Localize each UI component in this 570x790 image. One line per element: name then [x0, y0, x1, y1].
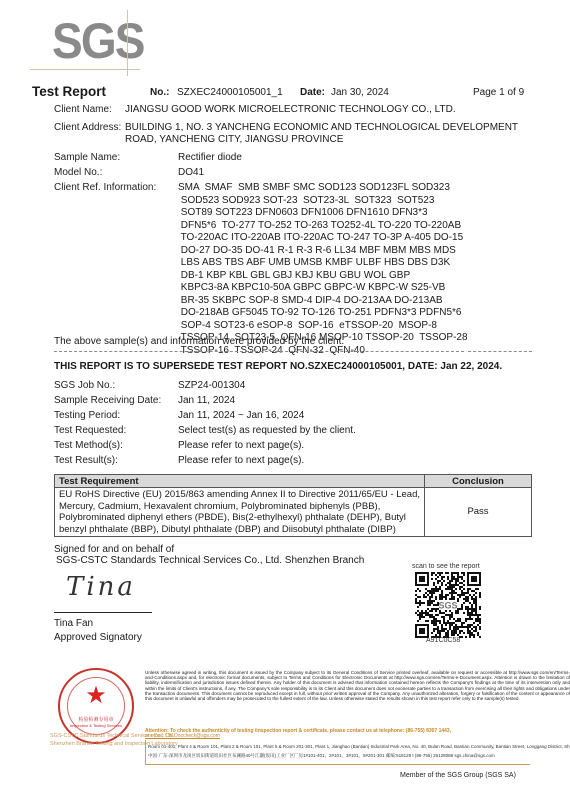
client-address-label: Client Address: [54, 122, 121, 134]
job-field-label: Test Requested: [54, 425, 126, 437]
client-address-line2: ROAD, YANCHENG CITY, JIANGSU PROVINCE [125, 134, 343, 146]
job-field-value: Please refer to next page(s). [178, 455, 304, 467]
column-header-requirement: Test Requirement [55, 475, 425, 488]
job-field-value: Jan 11, 2024 ~ Jan 16, 2024 [178, 410, 304, 422]
client-ref-line: DFN5*6 TO-277 TO-252 TO-263 TO252-4L TO-… [178, 220, 538, 233]
client-ref-line: SOT89 SOT223 DFN0603 DFN1006 DFN1610 DFN… [178, 207, 538, 220]
job-field-value: Select test(s) as requested by the clien… [178, 425, 356, 437]
client-ref-line: SOP-4 SOT23-6 eSOP-8 SOP-16 eTSSOP-20 MS… [178, 320, 538, 333]
client-address-line1: BUILDING 1, NO. 3 YANCHENG ECONOMIC AND … [125, 122, 518, 134]
client-ref-label: Client Ref. Information: [54, 182, 156, 194]
signatory-name: Tina Fan [54, 618, 93, 630]
logo-divider [30, 69, 140, 70]
client-ref-list: SMA SMAF SMB SMBF SMC SOD123 SOD123FL SO… [178, 182, 538, 357]
client-name-value: JIANGSU GOOD WORK MICROELECTRONIC TECHNO… [125, 104, 456, 116]
client-ref-line: KBPC3-8A KBPC10-50A GBPC GBPC-W KBPC-W S… [178, 282, 538, 295]
client-ref-line: SMA SMAF SMB SMBF SMC SOD123 SOD123FL SO… [178, 182, 538, 195]
provided-note: The above sample(s) and information were… [54, 336, 344, 348]
dashed-separator [54, 351, 464, 352]
qr-code-id: A91C0C58 [426, 637, 460, 644]
signing-company: SGS-CSTC Standards Technical Services Co… [56, 555, 364, 567]
signature-script: Tina [66, 572, 136, 602]
model-no-label: Model No.: [54, 167, 102, 179]
sgs-logo: SGS [52, 12, 144, 70]
address-cn: 中国·广东·深圳市龙岗区坂田街道坂田社区布澜路40号江灏(坂田)工业厂区厂房1#… [148, 753, 495, 759]
report-title: Test Report [32, 84, 106, 99]
table-row: EU RoHS Directive (EU) 2015/863 amending… [55, 488, 532, 537]
terms-fine-print: Unless otherwise agreed in writing, this… [145, 670, 570, 701]
job-field-value: Jan 11, 2024 [178, 395, 235, 407]
job-field-value: SZP24-001304 [178, 380, 245, 392]
address-en: Room 01-401, Plant 4 & Room 101, Plant 2… [148, 744, 570, 749]
column-header-conclusion: Conclusion [425, 475, 532, 488]
seal-text-en: Inspection & Testing Services [60, 723, 132, 728]
footer-divider-vertical [145, 740, 146, 764]
seal-text-cn: 检验检测专用章 [60, 716, 132, 723]
job-field-label: Sample Receiving Date: [54, 395, 161, 407]
client-name-label: Client Name: [54, 104, 112, 116]
signatory-title: Approved Signatory [54, 632, 142, 644]
client-ref-line: DB-1 KBP KBL GBL GBJ KBJ KBU GBU WOL GBP [178, 270, 538, 283]
report-no-label: No.: [150, 87, 169, 98]
check-email-link[interactable]: or email: CN.Doccheck@sgs.com [145, 733, 220, 739]
qr-caption: scan to see the report [412, 563, 480, 570]
test-requirement-table: Test Requirement Conclusion EU RoHS Dire… [54, 474, 532, 537]
job-field-label: SGS Job No.: [54, 380, 115, 392]
supersede-notice: THIS REPORT IS TO SUPERSEDE TEST REPORT … [54, 361, 502, 372]
sample-name-label: Sample Name: [54, 152, 120, 164]
star-icon: ★ [60, 684, 132, 708]
logo-text: SGS [52, 12, 144, 70]
job-field-label: Test Method(s): [54, 440, 123, 452]
svg-text:SGS: SGS [438, 600, 457, 610]
report-no-value: SZXEC24000105001_1 [177, 87, 283, 98]
client-ref-line: SOD523 SOD923 SOT-23 SOT23-3L SOT323 SOT… [178, 195, 538, 208]
logo-divider-vertical [127, 10, 128, 76]
job-field-label: Testing Period: [54, 410, 120, 422]
client-ref-line: LBS ABS TBS ABF UMB UMSB KMBF ULBF HBS D… [178, 257, 538, 270]
conclusion-cell: Pass [425, 488, 532, 537]
client-ref-line: TO-220AC ITO-220AB ITO-220AC TO-247 TO-3… [178, 232, 538, 245]
client-ref-line: BR-35 SKBPC SOP-8 SMD-4 DIP-4 DO-213AA D… [178, 295, 538, 308]
report-date-value: Jan 30, 2024 [331, 87, 389, 98]
client-ref-line: DO-218AB GF5045 TO-92 TO-126 TO-251 PDFN… [178, 307, 538, 320]
qr-code-icon[interactable]: SGS [415, 572, 481, 638]
report-date-label: Date: [300, 87, 325, 98]
dashed-separator [468, 351, 532, 352]
page-indicator: Page 1 of 9 [473, 87, 524, 98]
member-note: Member of the SGS Group (SGS SA) [400, 772, 516, 779]
footer-divider [145, 764, 530, 765]
job-field-value: Please refer to next page(s). [178, 440, 304, 452]
signature-line [54, 612, 152, 613]
requirement-cell: EU RoHS Directive (EU) 2015/863 amending… [55, 488, 425, 537]
client-ref-line: DO-27 DO-35 DO-41 R-1 R-3 R-6 LL34 MBF M… [178, 245, 538, 258]
sample-name-value: Rectifier diode [178, 152, 242, 164]
model-no-value: DO41 [178, 167, 204, 179]
job-field-label: Test Result(s): [54, 455, 118, 467]
